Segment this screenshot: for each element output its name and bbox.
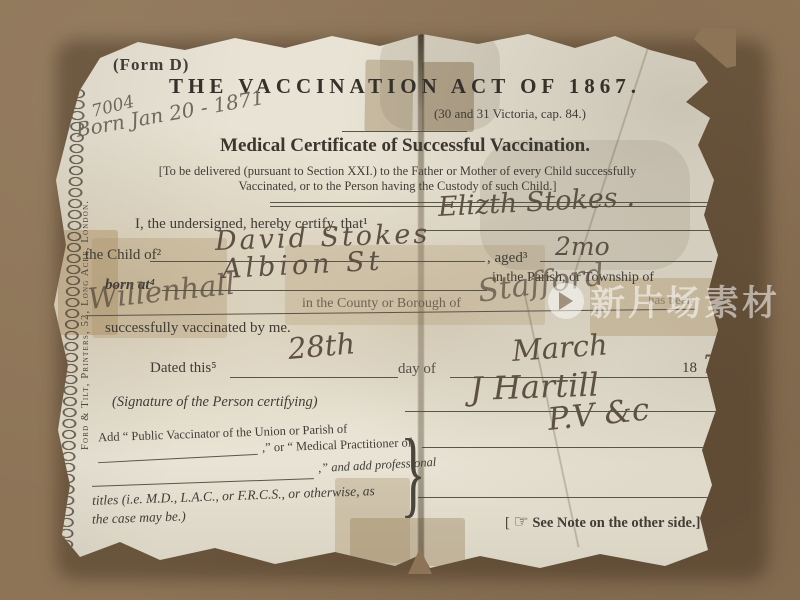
fold-crease — [418, 30, 424, 572]
form-label: (Form D) — [113, 55, 189, 75]
month-handwriting: March — [511, 327, 609, 368]
watermark-text: 新片场素材 — [590, 276, 780, 326]
year-prefix-label: 18 — [682, 360, 697, 377]
aged-label: , aged³ — [487, 250, 527, 267]
blank-line — [418, 230, 748, 231]
blank-line — [230, 377, 398, 378]
stock-watermark: 新片场素材 — [548, 276, 780, 326]
see-note: [ ☞ See Note on the other side.] — [505, 512, 700, 532]
certificate-subtitle: Medical Certificate of Successful Vaccin… — [105, 135, 705, 157]
add-note-line5: the case may be.) — [92, 508, 186, 527]
rule — [342, 131, 467, 132]
see-note-open-bracket: [ — [505, 515, 510, 531]
photo-of-vaccination-certificate: { "printed": { "form_label": "(Form D)",… — [0, 0, 800, 600]
dated-label: Dated this⁵ — [150, 360, 216, 377]
county-label: in the County or Borough of — [302, 296, 461, 312]
blank-line — [98, 454, 258, 463]
watermark-camera-logo-icon — [548, 283, 584, 319]
delivery-note-line1: [To be delivered (pursuant to Section XX… — [90, 164, 705, 179]
statute-line: (30 and 31 Victoria, cap. 84.) — [350, 106, 670, 122]
add-note-line4: titles (i.e. M.D., L.A.C., or F.R.C.S., … — [92, 483, 375, 509]
signature-label: (Signature of the Person certifying) — [112, 394, 318, 411]
vaccinated-label: successfully vaccinated by me. — [105, 320, 291, 337]
pointing-hand-icon: ☞ — [513, 512, 528, 531]
see-note-text: See Note on the other side.] — [532, 515, 700, 531]
day-of-label: day of — [398, 361, 436, 378]
day-handwriting: 28th — [287, 326, 357, 366]
blank-line — [422, 447, 748, 448]
act-title: THE VACCINATION ACT OF 1867. — [105, 74, 705, 99]
